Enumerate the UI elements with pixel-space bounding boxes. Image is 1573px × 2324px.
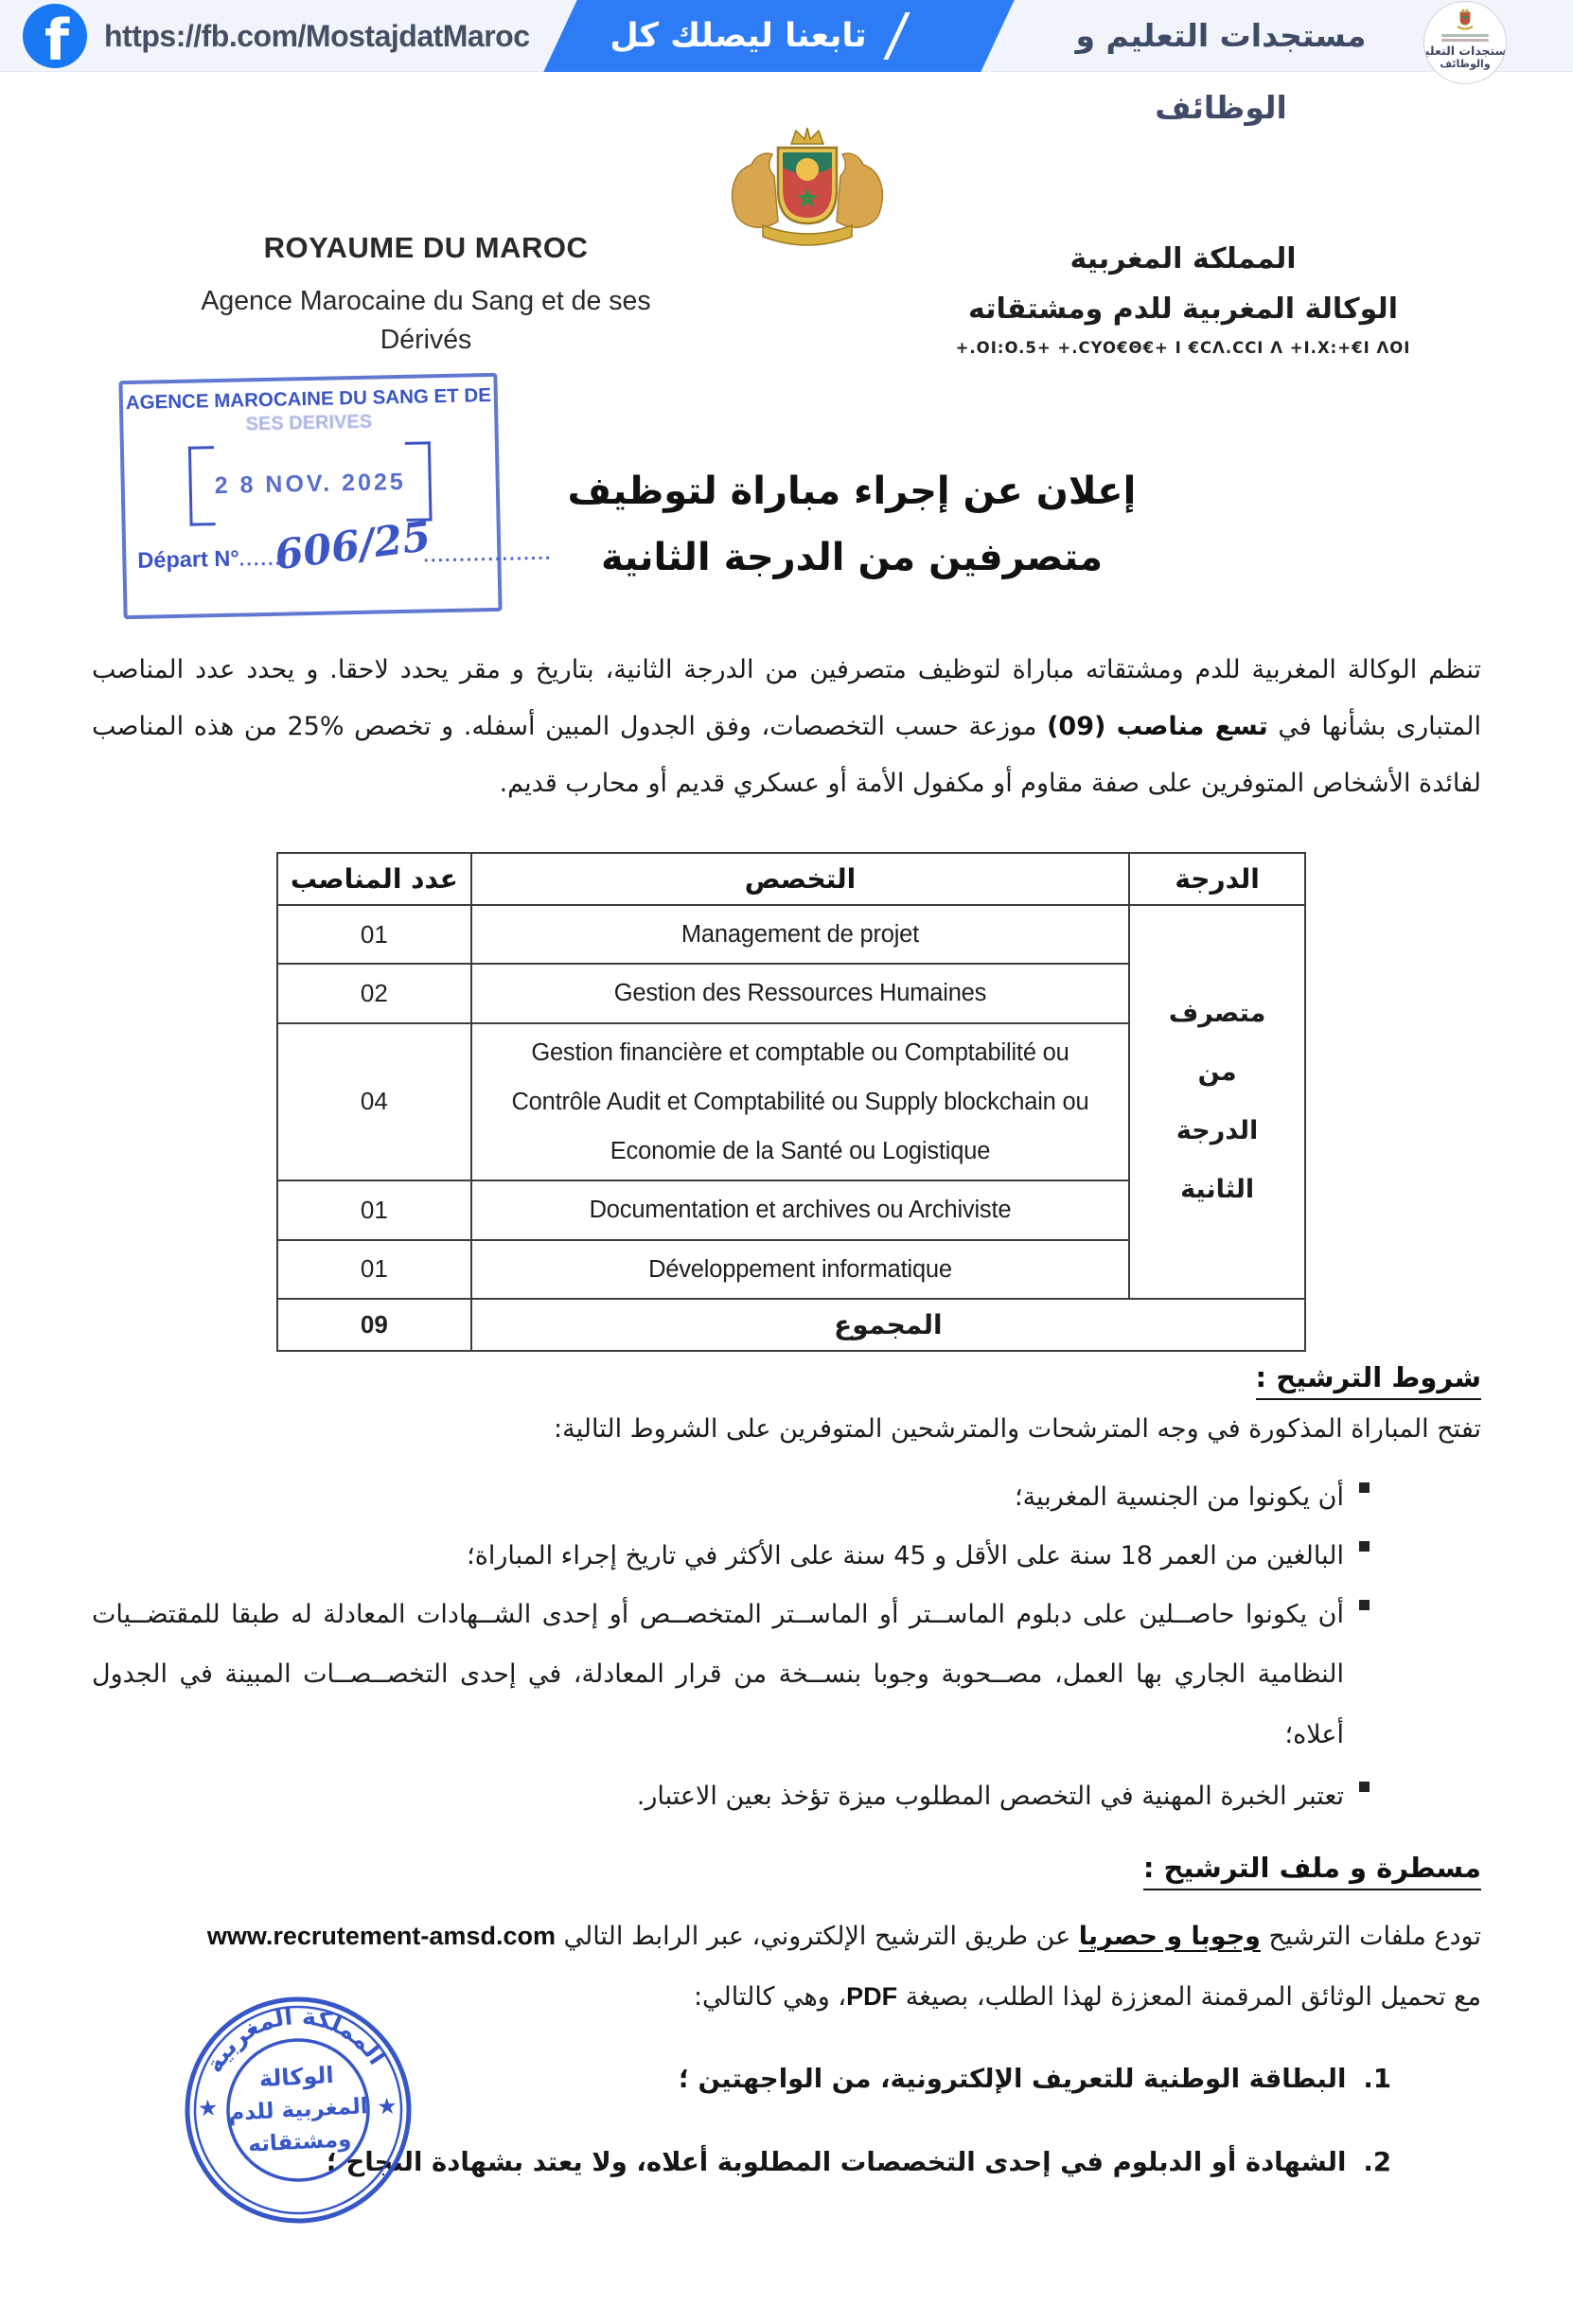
table-total-row: المجموع 09 bbox=[277, 1299, 1305, 1351]
announcement-title: إعلان عن إجراء مباراة لتوظيف متصرفين من … bbox=[492, 470, 1211, 579]
kingdom-title-ar: المملكة المغربية bbox=[937, 242, 1429, 275]
total-count-cell: 09 bbox=[277, 1299, 471, 1351]
agency-name-tifinagh: +.OI:O.5+ +.CYO€Θ€+ I €CΛ.CCI Λ +I.X:+€I… bbox=[937, 339, 1429, 357]
letterhead-arabic: المملكة المغربية الوكالة المغربية للدم و… bbox=[937, 242, 1429, 357]
condition-bullet: أن يكونوا حاصــلين على دبلوم الماســتر أ… bbox=[92, 1585, 1370, 1765]
recruitment-url-link[interactable]: www.recrutement-amsd.com bbox=[207, 1922, 556, 1950]
intro-positions-bold: تسع مناصب (09) bbox=[1047, 712, 1268, 741]
procedure-line2-seg3: ، وهي كالتالي: bbox=[694, 1982, 846, 2012]
social-banner: f https://fb.com/MostajdatMaroc تابعنا ل… bbox=[0, 0, 1573, 72]
logo-decorative-bar bbox=[1441, 34, 1489, 37]
procedure-seg1: تودع ملفات الترشيح bbox=[1261, 1922, 1481, 1951]
count-cell: 01 bbox=[277, 905, 471, 964]
condition-bullet: أن يكونوا من الجنسية المغربية؛ bbox=[92, 1467, 1370, 1527]
pdf-format-bold: PDF bbox=[846, 1982, 897, 2011]
grade-cell: متصرف من الدرجة الثانية bbox=[1129, 905, 1305, 1299]
bullet-square-icon bbox=[1359, 1482, 1370, 1493]
count-cell: 04 bbox=[277, 1023, 471, 1181]
mini-crest-icon bbox=[1453, 8, 1477, 32]
agency-name-ar: الوكالة المغربية للدم ومشتقاته bbox=[937, 293, 1429, 326]
count-cell: 02 bbox=[277, 964, 471, 1022]
item-number: 1. bbox=[1363, 2064, 1391, 2094]
positions-table: الدرجة التخصص عدد المناصب متصرف من الدرج… bbox=[276, 852, 1306, 1352]
stamp-date: 2 8 NOV. 2025 bbox=[214, 468, 406, 499]
bullet-text: البالغين من العمر 18 سنة على الأقل و 45 … bbox=[467, 1526, 1344, 1586]
bullet-square-icon bbox=[1359, 1782, 1370, 1792]
header-count: عدد المناصب bbox=[277, 853, 471, 905]
seal-star-icon: ★ bbox=[376, 2093, 398, 2120]
seal-inner-line3: ومشتقاته bbox=[248, 2127, 352, 2157]
table-header-row: الدرجة التخصص عدد المناصب bbox=[277, 853, 1305, 905]
procedure-line1: تودع ملفات الترشيح وجوبا و حصريا عن طريق… bbox=[92, 1922, 1481, 1951]
agency-name-fr-line2: Dérivés bbox=[133, 321, 719, 360]
kingdom-title-fr: ROYAUME DU MAROC bbox=[133, 231, 719, 265]
specialty-cell: Management de projet bbox=[471, 905, 1129, 964]
seal-inner-line1: الوكالة bbox=[258, 2062, 334, 2092]
logo-text-line1: مستجدات التعليم bbox=[1423, 44, 1507, 58]
agency-name-fr-line1: Agence Marocaine du Sang et de ses bbox=[133, 282, 719, 321]
procedure-line2-seg1: مع تحميل الوثائق المرقمنة المعززة لهذا ا… bbox=[897, 1982, 1481, 2012]
conditions-heading: شروط الترشيح : bbox=[92, 1361, 1481, 1393]
title-line2: متصرفين من الدرجة الثانية bbox=[492, 536, 1211, 579]
specialty-cell: Documentation et archives ou Archiviste bbox=[471, 1180, 1129, 1239]
follow-ribbon-label: تابعنا ليصلك كل جديد bbox=[568, 0, 909, 72]
table-row: متصرف من الدرجة الثانية Management de pr… bbox=[277, 905, 1305, 964]
stamp-depart-label: Départ N° bbox=[137, 546, 239, 574]
header-grade: الدرجة bbox=[1129, 853, 1305, 905]
facebook-icon: f bbox=[23, 4, 87, 68]
bullet-square-icon bbox=[1359, 1600, 1370, 1610]
brand-logo: مستجدات التعليم والوظائف bbox=[1423, 1, 1507, 84]
item-number: 2. bbox=[1363, 2147, 1391, 2177]
specialty-cell: Développement informatique bbox=[471, 1240, 1129, 1299]
procedure-mandatory-bold: وجوبا و حصريا bbox=[1079, 1922, 1261, 1951]
brand-title: مستجدات التعليم و الوظائف bbox=[1032, 0, 1410, 72]
letterhead-french: ROYAUME DU MAROC Agence Marocaine du San… bbox=[133, 231, 719, 361]
title-line1: إعلان عن إجراء مباراة لتوظيف bbox=[492, 470, 1211, 513]
bullet-text: أن يكونوا حاصــلين على دبلوم الماســتر أ… bbox=[92, 1585, 1344, 1765]
seal-inner-line2: المغربية للدم bbox=[228, 2094, 369, 2126]
item-text: البطاقة الوطنية للتعريف الإلكترونية، من … bbox=[679, 2064, 1346, 2094]
logo-decorative-bar bbox=[1441, 39, 1489, 42]
conditions-intro: تفتح المباراة المذكورة في وجه المترشحات … bbox=[92, 1414, 1481, 1444]
total-label-cell: المجموع bbox=[471, 1299, 1305, 1351]
condition-bullet: البالغين من العمر 18 سنة على الأقل و 45 … bbox=[92, 1526, 1370, 1586]
procedure-heading: مسطرة و ملف الترشيح : bbox=[92, 1852, 1481, 1884]
specialty-cell: Gestion des Ressources Humaines bbox=[471, 964, 1129, 1022]
condition-bullet: تعتبر الخبرة المهنية في التخصص المطلوب م… bbox=[92, 1766, 1370, 1826]
facebook-url-link[interactable]: https://fb.com/MostajdatMaroc bbox=[104, 0, 530, 72]
count-cell: 01 bbox=[277, 1180, 471, 1239]
bullet-text: تعتبر الخبرة المهنية في التخصص المطلوب م… bbox=[637, 1766, 1344, 1826]
registration-stamp: AGENCE MAROCAINE DU SANG ET DE SES DERIV… bbox=[118, 373, 502, 619]
bullet-square-icon bbox=[1359, 1541, 1370, 1552]
bullet-text: أن يكونوا من الجنسية المغربية؛ bbox=[1015, 1467, 1344, 1527]
logo-text-line2: والوظائف bbox=[1440, 58, 1490, 70]
scanned-announcement-page: f https://fb.com/MostajdatMaroc تابعنا ل… bbox=[0, 0, 1573, 2324]
stamp-depart-line: Départ N° ...... 606/25 ................… bbox=[126, 523, 498, 578]
stamp-date-frame: 2 8 NOV. 2025 bbox=[188, 441, 433, 525]
procedure-seg3: عن طريق الترشيح الإلكتروني، عبر الرابط ا… bbox=[556, 1922, 1079, 1951]
coat-of-arms-icon bbox=[708, 123, 907, 256]
header-specialty: التخصص bbox=[471, 853, 1129, 905]
item-text: الشهادة أو الدبلوم في إحدى التخصصات المط… bbox=[327, 2147, 1347, 2177]
seal-star-icon: ★ bbox=[197, 2094, 219, 2121]
intro-paragraph: تنظم الوكالة المغربية للدم ومشتقاته مبار… bbox=[92, 642, 1481, 812]
count-cell: 01 bbox=[277, 1240, 471, 1299]
official-seal-stamp: المملكة المغربية ★ ★ الوكالة المغربية لل… bbox=[174, 1984, 423, 2237]
specialty-cell: Gestion financière et comptable ou Compt… bbox=[471, 1023, 1129, 1181]
